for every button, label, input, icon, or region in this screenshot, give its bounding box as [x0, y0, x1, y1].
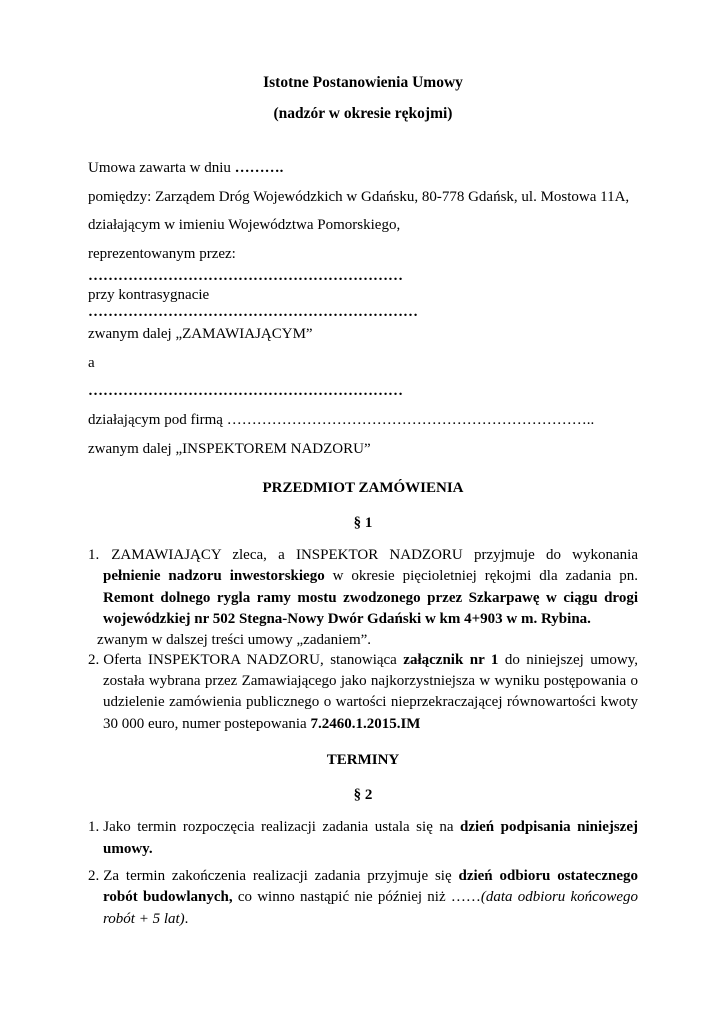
clause-number: 2.	[88, 868, 99, 884]
document-title: Istotne Postanowienia Umowy	[88, 74, 638, 91]
employer-alias-line: zwanym dalej „ZAMAWIAJĄCYM”	[88, 320, 638, 349]
clause-tail-line: zwanym w dalszej treści umowy „zadaniem”…	[88, 631, 638, 650]
clause-text: Oferta INSPEKTORA NADZORU, stanowiąca	[103, 652, 403, 668]
clause-number: 2.	[88, 652, 99, 668]
clause-item: 1.ZAMAWIAJĄCY zleca, a INSPEKTOR NADZORU…	[88, 545, 638, 631]
date-fill-dots: ……….	[235, 160, 284, 176]
clause-text: w okresie pięcioletniej rękojmi dla zada…	[325, 568, 638, 584]
representative-fill-line: ………………………………………………………	[88, 268, 638, 285]
firm-line: działającym pod firmą …………………………………………………	[88, 406, 638, 435]
clause-item: 2.Oferta INSPEKTORA NADZORU, stanowiąca …	[88, 650, 638, 736]
countersignature-line: przy kontrasygnacie	[88, 285, 638, 305]
task-name-bold: Remont dolnego rygla ramy mostu zwodzone…	[103, 590, 638, 627]
firm-fill-dots: ………………………………………………………………..	[227, 412, 595, 428]
document-subtitle: (nadzór w okresie rękojmi)	[88, 105, 638, 122]
section-heading: PRZEDMIOT ZAMÓWIENIA	[88, 478, 638, 498]
inspector-alias-line: zwanym dalej „INSPEKTOREM NADZORU”	[88, 435, 638, 464]
clause-text: Jako termin rozpoczęcia realizacji zadan…	[103, 819, 460, 835]
clause-text: .	[185, 911, 189, 927]
acting-in-name-line: działającym w imieniu Województwa Pomors…	[88, 211, 638, 240]
clause-text: Za termin zakończenia realizacji zadania…	[103, 868, 458, 884]
represented-by-line: reprezentowanym przez:	[88, 240, 638, 269]
section-terminy: TERMINY § 2 1.Jako termin rozpoczęcia re…	[88, 750, 638, 930]
clause-text-bold: załącznik nr 1	[403, 652, 498, 668]
firm-label: działającym pod firmą	[88, 412, 227, 428]
clause-text-bold: pełnienie nadzoru inwestorskiego	[103, 568, 325, 584]
parties-intro: Umowa zawarta w dniu ………. pomiędzy: Zarz…	[88, 154, 638, 463]
date-line: Umowa zawarta w dniu ……….	[88, 154, 638, 183]
countersignature-fill-line: …………………………………………………………	[88, 305, 638, 320]
and-separator-line: a	[88, 349, 638, 378]
clause-text: ZAMAWIAJĄCY zleca, a INSPEKTOR NADZORU p…	[111, 547, 638, 563]
clause-item: 1.Jako termin rozpoczęcia realizacji zad…	[88, 817, 638, 860]
clause-text: co winno nastąpić nie później niż ……	[233, 889, 481, 905]
contractor-fill-line: ………………………………………………………	[88, 377, 638, 406]
contract-document-page: Istotne Postanowienia Umowy (nadzór w ok…	[0, 0, 725, 1024]
paragraph-mark: § 2	[88, 785, 638, 805]
paragraph-mark: § 1	[88, 513, 638, 533]
date-line-label: Umowa zawarta w dniu	[88, 160, 235, 176]
between-line: pomiędzy: Zarządem Dróg Wojewódzkich w G…	[88, 183, 638, 212]
clause-number: 1.	[88, 547, 99, 563]
section-heading: TERMINY	[88, 750, 638, 770]
case-number-bold: 7.2460.1.2015.IM	[310, 716, 420, 732]
clause-number: 1.	[88, 819, 99, 835]
section-przedmiot-zamowienia: PRZEDMIOT ZAMÓWIENIA § 1 1.ZAMAWIAJĄCY z…	[88, 478, 638, 735]
clause-item: 2.Za termin zakończenia realizacji zadan…	[88, 866, 638, 930]
